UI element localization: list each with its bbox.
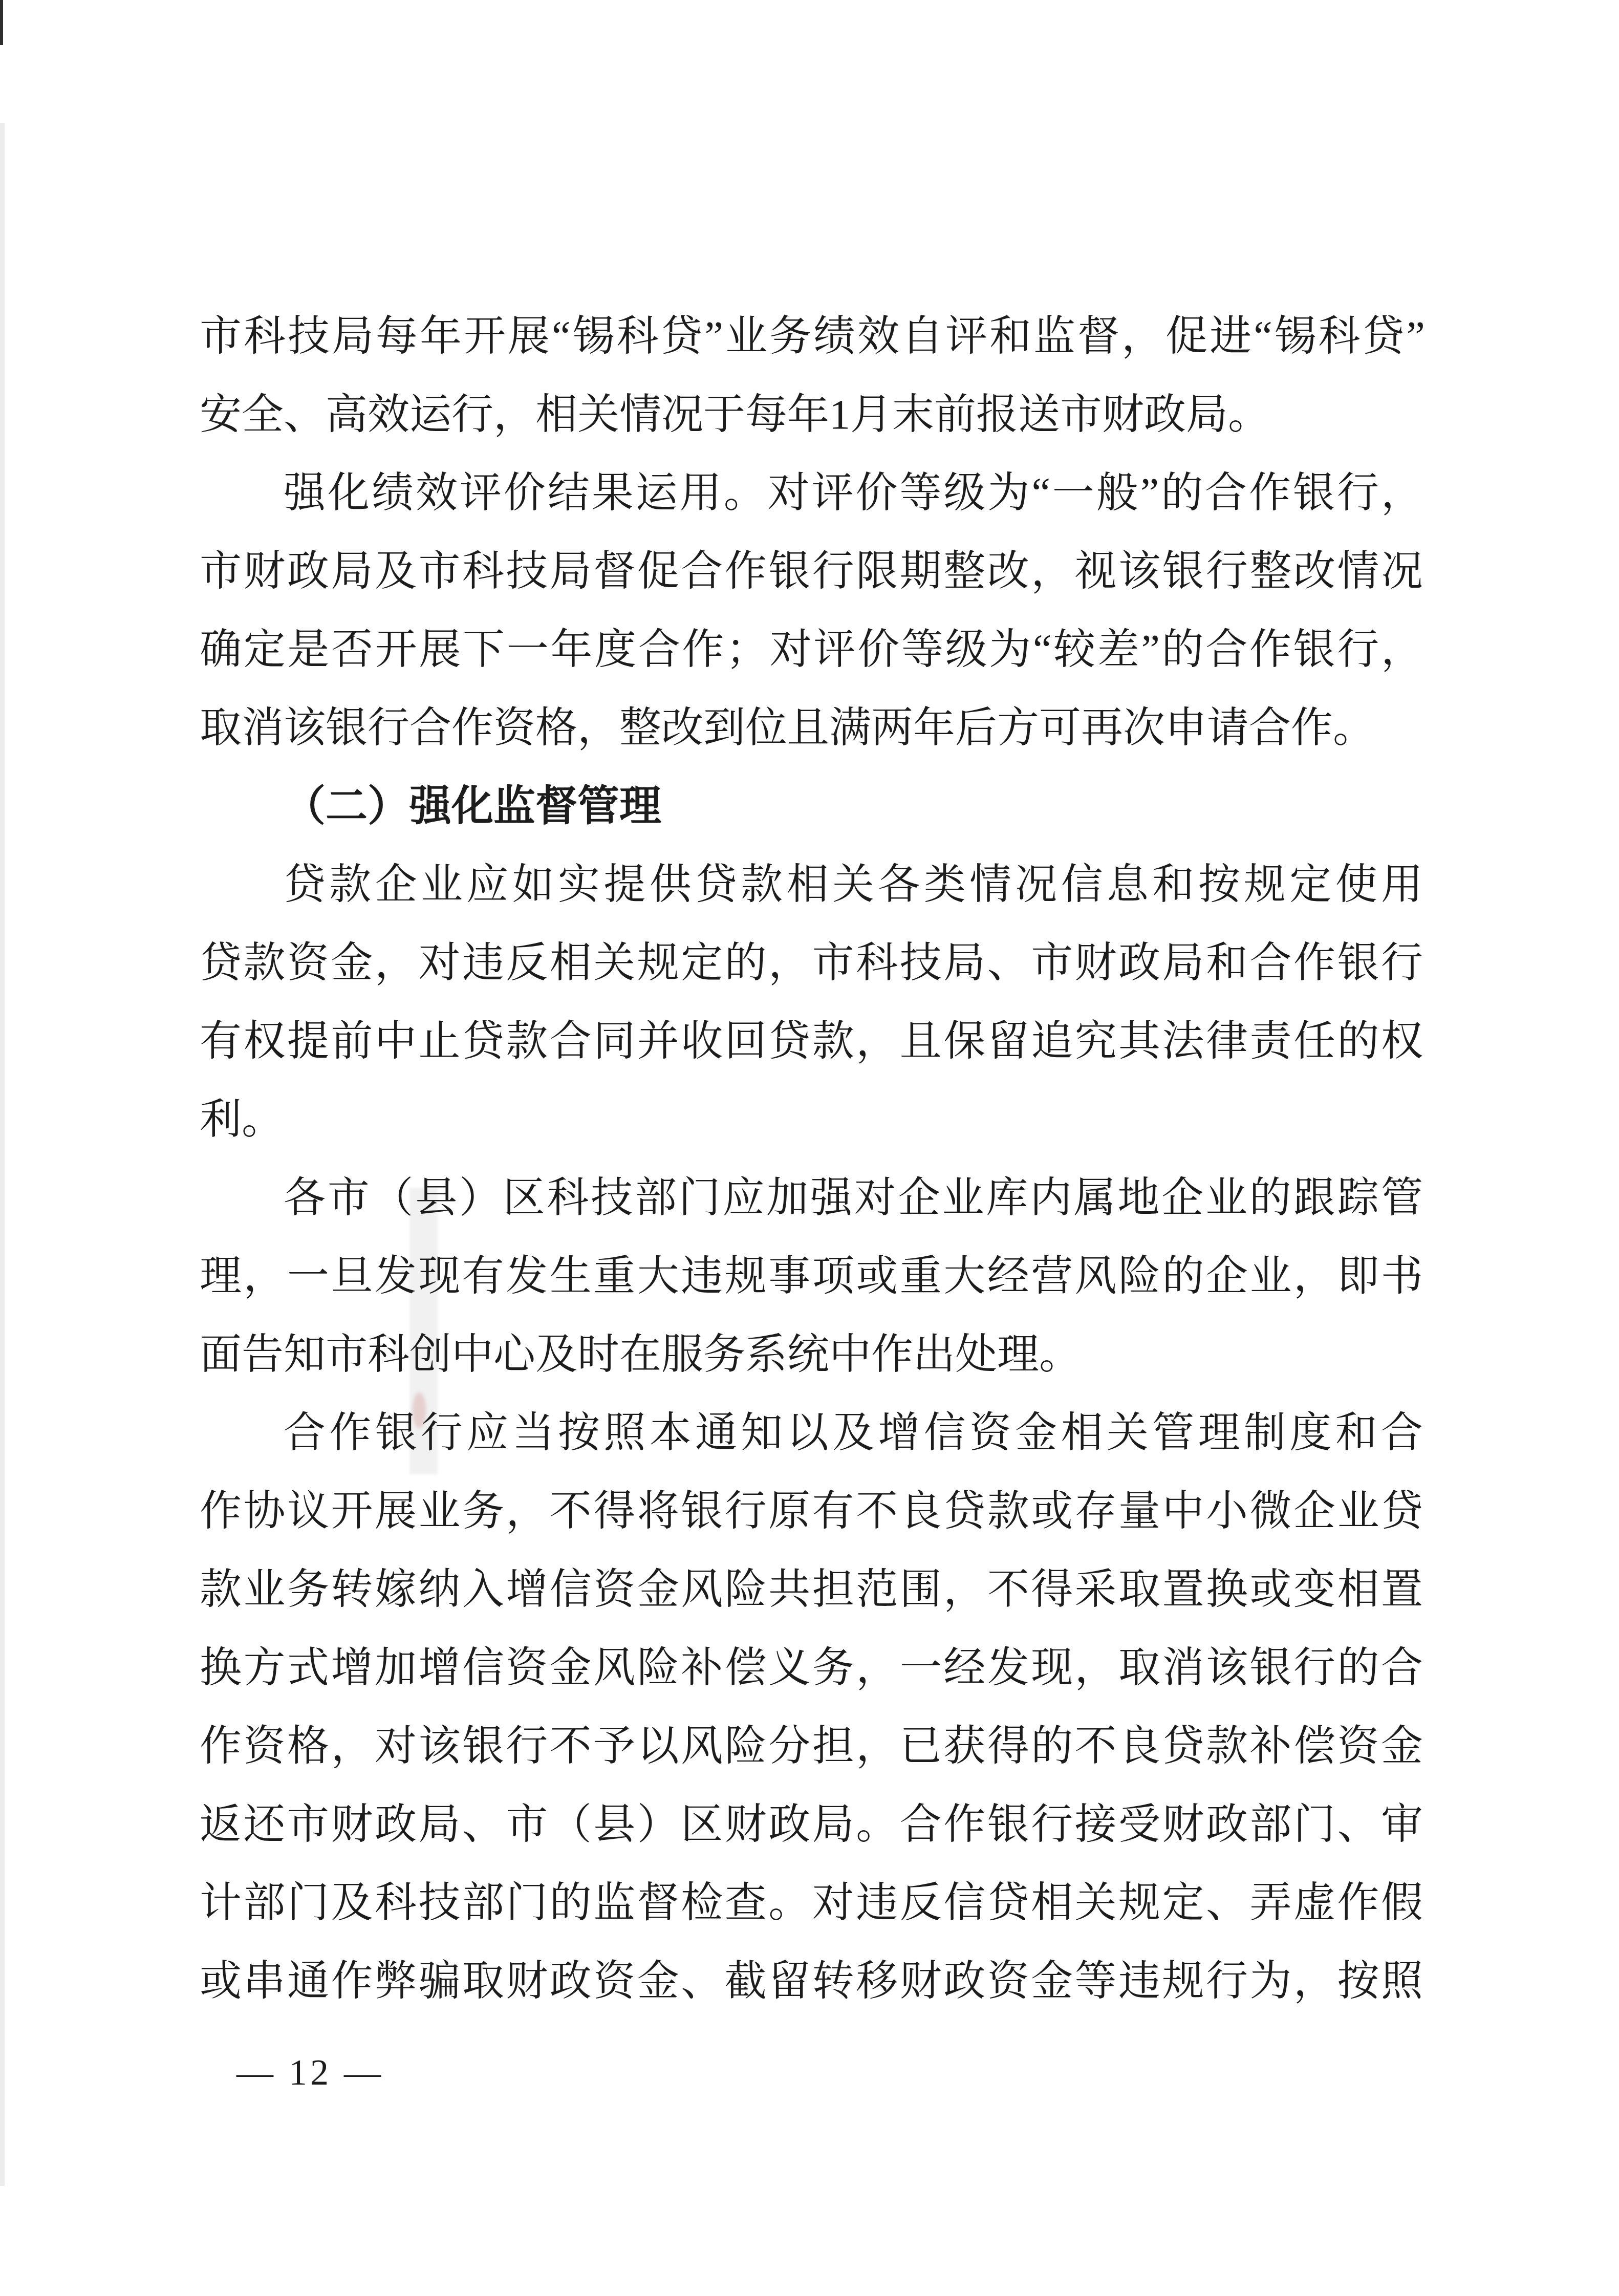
text-line: 理，一旦发现有发生重大违规事项或重大经营风险的企业，即书	[200, 1237, 1423, 1315]
text-line: 有权提前中止贷款合同并收回贷款，且保留追究其法律责任的权	[200, 1002, 1423, 1080]
text-line: 作协议开展业务，不得将银行原有不良贷款或存量中小微企业贷	[200, 1472, 1423, 1550]
text-line: 返还市财政局、市（县）区财政局。合作银行接受财政部门、审	[200, 1785, 1423, 1863]
text-line: 作资格，对该银行不予以风险分担，已获得的不良贷款补偿资金	[200, 1707, 1423, 1785]
text-line: 市科技局每年开展“锡科贷”业务绩效自评和监督，促进“锡科贷”	[200, 297, 1423, 375]
text-line: 各市（县）区科技部门应加强对企业库内属地企业的跟踪管	[200, 1158, 1423, 1237]
text-line: 确定是否开展下一年度合作；对评价等级为“较差”的合作银行，	[200, 610, 1423, 689]
text-line: 或串通作弊骗取财政资金、截留转移财政资金等违规行为，按照	[200, 1942, 1423, 2020]
text-line: 市财政局及市科技局督促合作银行限期整改，视该银行整改情况	[200, 532, 1423, 610]
scan-artifact-top-left-line	[0, 0, 3, 45]
text-line: 计部门及科技部门的监督检查。对违反信贷相关规定、弄虚作假	[200, 1863, 1423, 1942]
text-line: 强化绩效评价结果运用。对评价等级为“一般”的合作银行，	[200, 454, 1423, 532]
text-line: 取消该银行合作资格，整改到位且满两年后方可再次申请合作。	[200, 689, 1423, 767]
text-line: 利。	[200, 1080, 1423, 1158]
text-line: 合作银行应当按照本通知以及增信资金相关管理制度和合	[200, 1393, 1423, 1472]
page-number: — 12 —	[236, 2054, 384, 2091]
text-line: 安全、高效运行，相关情况于每年1月末前报送市财政局。	[200, 375, 1423, 454]
text-line: 面告知市科创中心及时在服务系统中作出处理。	[200, 1315, 1423, 1393]
text-line: 贷款企业应如实提供贷款相关各类情况信息和按规定使用	[200, 845, 1423, 924]
text-line: 款业务转嫁纳入增信资金风险共担范围，不得采取置换或变相置	[200, 1550, 1423, 1628]
text-line: 贷款资金，对违反相关规定的，市科技局、市财政局和合作银行	[200, 924, 1423, 1002]
document-body: 市科技局每年开展“锡科贷”业务绩效自评和监督，促进“锡科贷” 安全、高效运行，相…	[200, 297, 1423, 2020]
section-heading: （二）强化监督管理	[200, 767, 1423, 845]
text-line: 换方式增加增信资金风险补偿义务，一经发现，取消该银行的合	[200, 1628, 1423, 1707]
document-page: { "page": { "background_color": "#ffffff…	[0, 0, 1619, 2296]
scan-artifact-left-band	[0, 123, 5, 2186]
